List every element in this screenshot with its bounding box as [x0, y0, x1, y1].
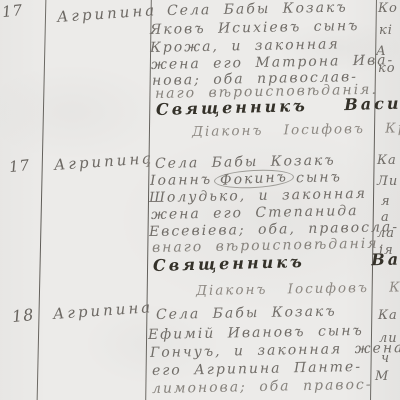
edge-text-fragment: Ка — [378, 308, 398, 323]
record-line-part: Іоаннъ — [150, 172, 212, 189]
child-name: Агрипина — [52, 298, 153, 323]
record-line: Ефимій Ивановъ сынъ — [148, 323, 364, 343]
deacon-signature: Діаконъ Іосифовъ Кр — [192, 120, 400, 140]
child-name: Агрипина — [53, 149, 154, 174]
record-line: Яковъ Исихіевъ сынъ — [150, 18, 360, 38]
edge-text-fragment: ла — [377, 226, 395, 241]
record-line-part: сынъ — [296, 169, 342, 186]
edge-text-fragment: А — [376, 44, 387, 59]
entry-number: 18 — [11, 305, 35, 326]
record-line: Гончуъ, и законная жена — [150, 340, 400, 361]
edge-text-fragment: ч — [381, 351, 390, 366]
deacon-signature: Діаконъ Іосифовъ Кр — [196, 279, 400, 299]
edge-text-fragment: Ли — [377, 174, 398, 189]
edge-text-fragment: кі — [379, 23, 393, 38]
edge-text-fragment: ко — [378, 61, 396, 76]
record-line: его Агрипина Панте- — [152, 359, 362, 379]
entry-number: 17 — [1, 1, 24, 21]
edge-text-fragment: ія — [379, 243, 394, 258]
edge-text-fragment: я — [381, 194, 391, 209]
record-line: Села Бабы Козакъ — [167, 0, 348, 19]
edge-text-fragment: Ка — [377, 153, 397, 168]
edge-text-fragment: ли — [379, 331, 398, 346]
edge-text-fragment: а — [381, 210, 390, 225]
entry-number: 17 — [8, 156, 31, 176]
child-name: Агрипина — [56, 1, 157, 26]
column-rule-left — [37, 0, 47, 400]
register-page-scan: 17 Агрипина Села Бабы Козакъ Яковъ Исихі… — [0, 0, 400, 400]
edge-text-fragment: 1 — [145, 157, 153, 170]
record-line: лимонова; оба правос- — [152, 377, 373, 397]
edge-text-fragment: Ко — [378, 1, 398, 16]
edge-text-fragment: М — [375, 369, 389, 384]
record-line: Села Бабы Козакъ — [156, 304, 337, 323]
